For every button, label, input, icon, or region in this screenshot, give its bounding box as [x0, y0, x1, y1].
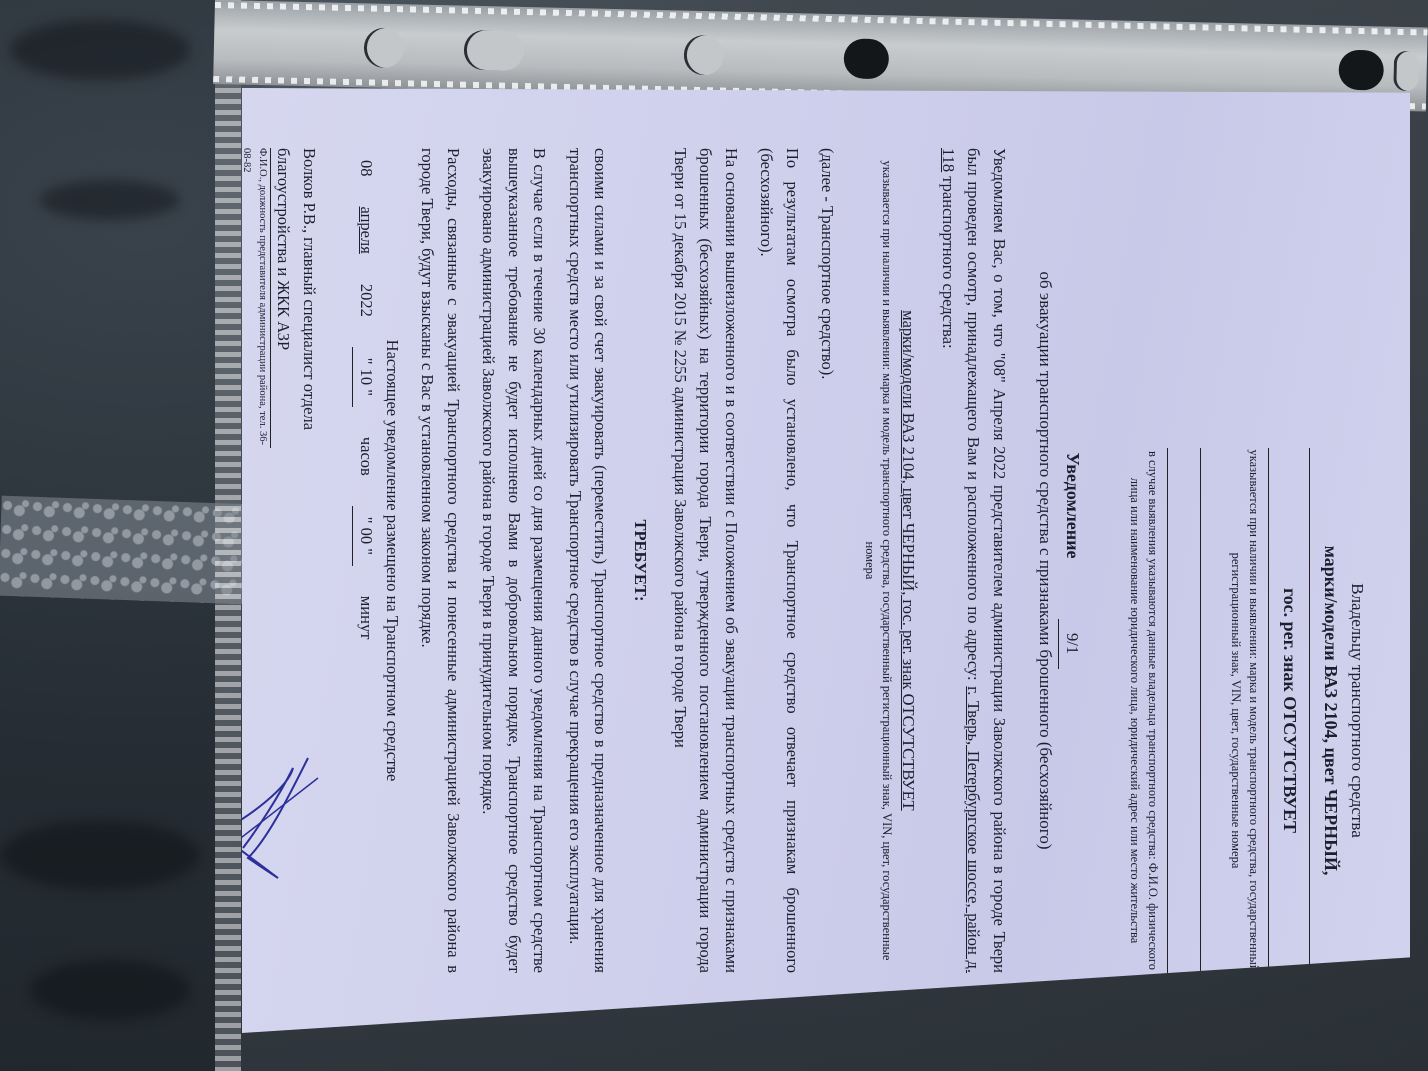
- finding-paragraph: По результатам осмотра было установлено,…: [754, 148, 805, 973]
- tree-reflection: [10, 20, 190, 80]
- adhesive-tape: [0, 496, 252, 605]
- posted-intro: Настоящее уведомление размещено на Транс…: [379, 148, 405, 973]
- notice-number: 9/1: [1058, 619, 1085, 669]
- posted-datetime: 08 апреля 2022 " 10 " часов " 00 " минут: [352, 160, 379, 973]
- sleeve-seam: [215, 0, 241, 1071]
- addressee-owner-hint: в случае выявления указываются данные вл…: [1126, 448, 1161, 973]
- punch-hole: [463, 30, 524, 71]
- punch-hole: [843, 38, 889, 79]
- vehicle-description: марки/модели ВАЗ 2104, цвет ЧЕРНЫЙ, гос.…: [895, 148, 921, 973]
- vehicle-hint: указывается при наличии и выявлении: мар…: [860, 148, 895, 973]
- demand-paragraph: своими силами и за свой счет эвакуироват…: [562, 148, 613, 973]
- tree-reflection: [40, 180, 180, 220]
- addressee-vehicle-hint: указывается при наличии и выявлении: мар…: [1227, 448, 1262, 973]
- signatory-name: Волков Р.В., главный специалист отдела б…: [270, 148, 322, 448]
- notice-paper: Владельцу транспортного средства марки/м…: [242, 88, 1410, 1033]
- posted-minutes: " 00 ": [352, 506, 379, 566]
- addressee-vehicle: марки/модели ВАЗ 2104, цвет ЧЕРНЫЙ,: [1316, 448, 1344, 973]
- addressee-plate: гос. рег. знак ОТСУТСТВУЕТ: [1275, 448, 1303, 973]
- notice-title: Уведомление: [1058, 452, 1086, 558]
- punch-hole: [364, 27, 405, 68]
- intro-text-end: транспортного средства:: [939, 172, 958, 349]
- posted-day: 08: [353, 160, 379, 177]
- costs-paragraph: Расходы, связанные с эвакуацией Транспор…: [415, 148, 466, 973]
- punch-hole: [1393, 51, 1419, 92]
- notice-page: Владельцу транспортного средства марки/м…: [242, 88, 1410, 1033]
- signatory-hint: Ф.И.О., должность представителя админист…: [242, 148, 270, 448]
- posted-month: апреля: [353, 207, 379, 254]
- punch-hole: [683, 35, 724, 76]
- addressee-block: Владельцу транспортного средства марки/м…: [1126, 448, 1370, 973]
- tree-reflection: [30, 960, 190, 1020]
- notice-title-row: Уведомление 9/1: [1058, 148, 1086, 973]
- divider: [1268, 448, 1269, 973]
- demands-heading: ТРЕБУЕТ:: [627, 148, 653, 973]
- divider: [1167, 448, 1168, 973]
- divider: [1200, 448, 1201, 973]
- hours-label: часов: [353, 437, 379, 476]
- failure-paragraph: В случае если в течение 30 календарных д…: [476, 148, 553, 973]
- signature-block: Волков Р.В., главный специалист отдела б…: [242, 148, 328, 973]
- minutes-label: минут: [353, 596, 379, 640]
- handwritten-signature: [242, 738, 328, 888]
- addressee-to: Владельцу транспортного средства: [1344, 448, 1370, 973]
- hereinafter: (далее - Транспортное средство).: [815, 148, 841, 973]
- basis-paragraph: На основании вышеизложенного и в соответ…: [667, 148, 744, 973]
- posted-hours: " 10 ": [352, 347, 379, 407]
- divider: [1309, 448, 1310, 973]
- tree-reflection: [0, 820, 200, 890]
- intro-paragraph: Уведомляем Вас, о том, что "08" Апреля 2…: [935, 148, 1012, 973]
- punch-hole: [1338, 50, 1384, 91]
- posted-year: 2022: [353, 284, 379, 317]
- notice-subtitle: об эвакуации транспортного средства с пр…: [1032, 148, 1058, 973]
